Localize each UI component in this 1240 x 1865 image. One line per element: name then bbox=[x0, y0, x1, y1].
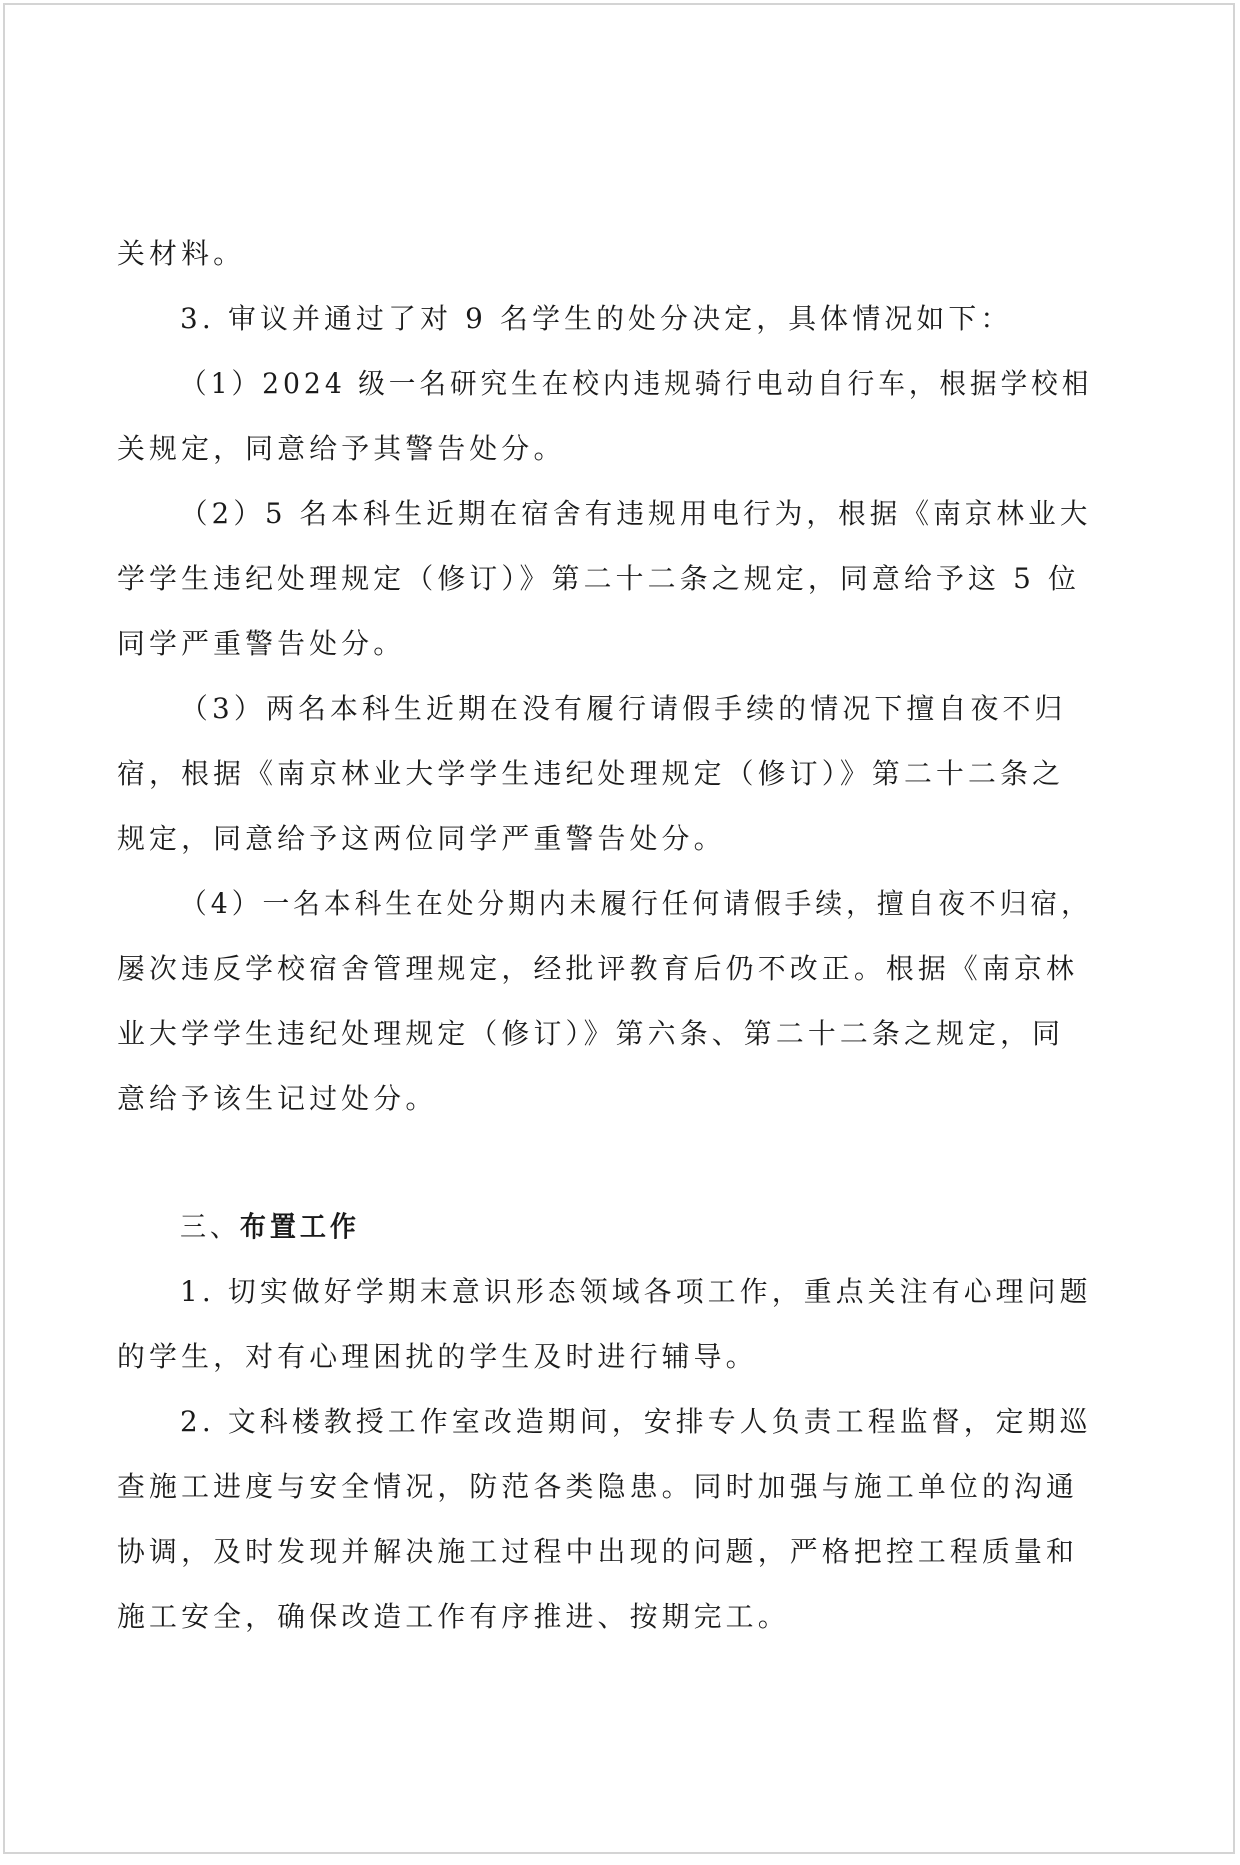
sub-item-2-line: （2）5 名本科生近期在宿舍有违规用电行为，根据《南京林业大 bbox=[180, 494, 1082, 534]
text-line: 同学严重警告处分。 bbox=[117, 624, 1092, 664]
text-line: 学学生违纪处理规定（修订）》第二十二条之规定，同意给予这 5 位 bbox=[117, 559, 1092, 599]
text-line: 意给予该生记过处分。 bbox=[117, 1079, 1092, 1119]
text-line: 关规定，同意给予其警告处分。 bbox=[117, 429, 1092, 469]
document-page bbox=[3, 3, 1235, 1854]
sub-item-3-line: （3）两名本科生近期在没有履行请假手续的情况下擅自夜不归 bbox=[180, 689, 1092, 729]
item-3-line: 3. 审议并通过了对 9 名学生的处分决定，具体情况如下： bbox=[180, 299, 1092, 339]
text-line: 的学生，对有心理困扰的学生及时进行辅导。 bbox=[117, 1337, 1092, 1377]
text-line: 规定，同意给予这两位同学严重警告处分。 bbox=[117, 819, 1092, 859]
text-line: 业大学学生违纪处理规定（修订）》第六条、第二十二条之规定，同 bbox=[117, 1014, 1092, 1054]
text-line: 协调，及时发现并解决施工过程中出现的问题，严格把控工程质量和 bbox=[117, 1532, 1092, 1572]
sub-item-4-line: （4）一名本科生在处分期内未履行任何请假手续，擅自夜不归宿， bbox=[180, 884, 1055, 924]
section-heading: 三、布置工作 bbox=[180, 1207, 1092, 1247]
text-line: 关材料。 bbox=[117, 234, 1092, 274]
sub-item-1-line: （1）2024 级一名研究生在校内违规骑行电动自行车，根据学校相 bbox=[180, 364, 1051, 404]
text-line: 施工安全，确保改造工作有序推进、按期完工。 bbox=[117, 1597, 1092, 1637]
task-1-line: 1. 切实做好学期末意识形态领域各项工作，重点关注有心理问题 bbox=[180, 1272, 1091, 1312]
text-line: 查施工进度与安全情况，防范各类隐患。同时加强与施工单位的沟通 bbox=[117, 1467, 1092, 1507]
task-2-line: 2. 文科楼教授工作室改造期间，安排专人负责工程监督，定期巡 bbox=[180, 1402, 1091, 1442]
text-line: 屡次违反学校宿舍管理规定，经批评教育后仍不改正。根据《南京林 bbox=[117, 949, 1092, 989]
section-heading-title: 布置工作 bbox=[240, 1210, 360, 1243]
text-line: 宿，根据《南京林业大学学生违纪处理规定（修订）》第二十二条之 bbox=[117, 754, 1092, 794]
section-heading-number: 三、 bbox=[180, 1210, 240, 1243]
